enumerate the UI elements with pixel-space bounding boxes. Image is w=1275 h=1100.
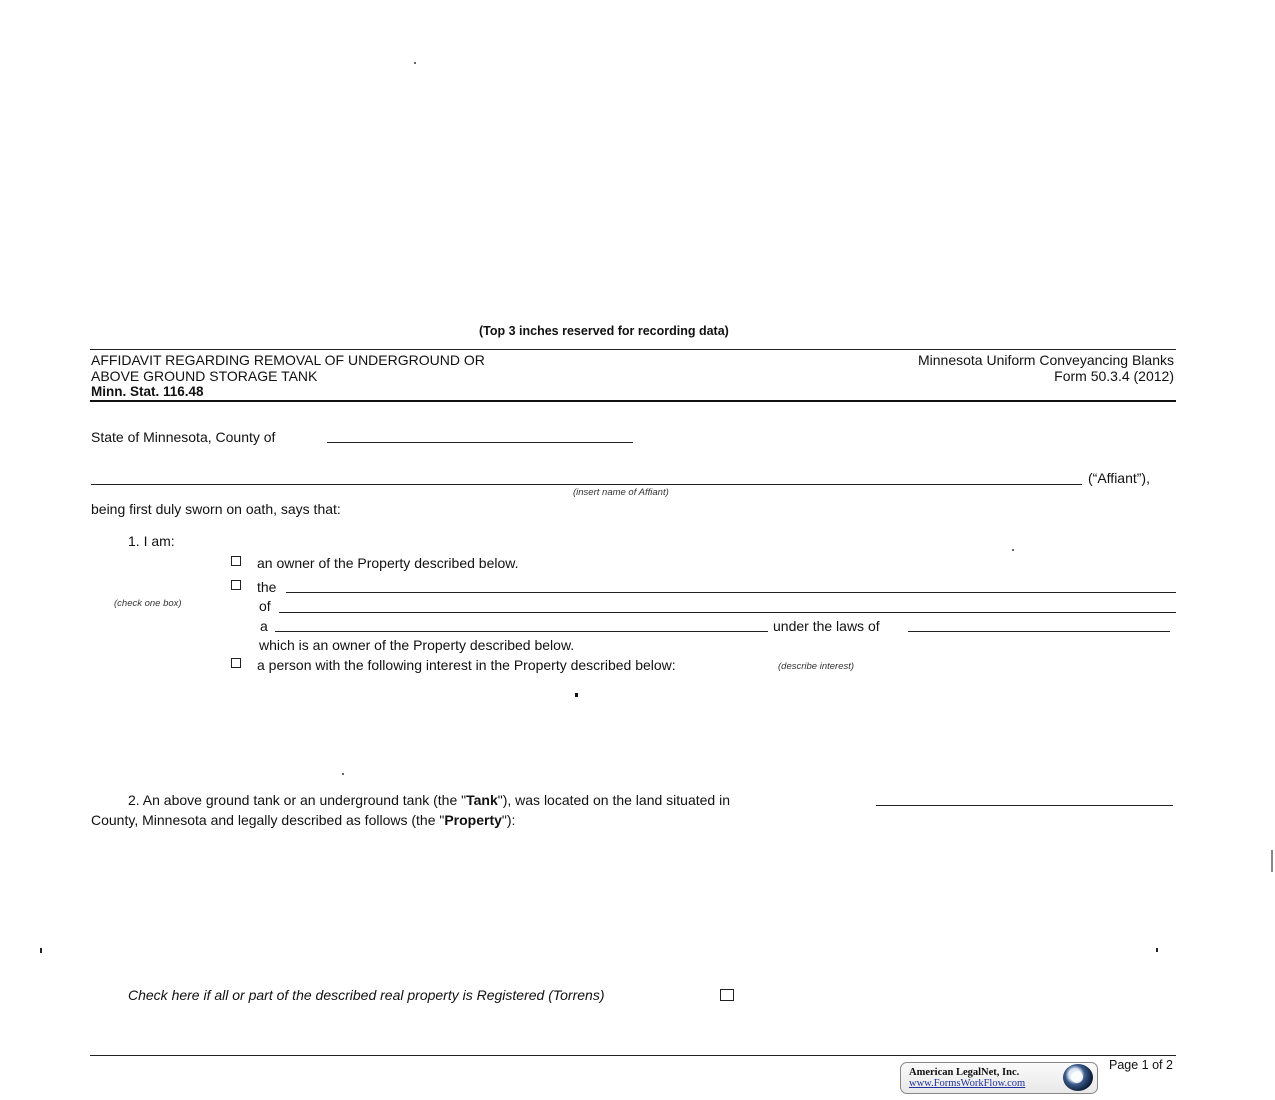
- scan-speck: [342, 773, 344, 775]
- form-number: Form 50.3.4 (2012): [1054, 369, 1174, 383]
- interest-description-area[interactable]: [257, 676, 1176, 766]
- option-owner-checkbox[interactable]: [231, 556, 241, 566]
- logo-url-link[interactable]: www.FormsWorkFlow.com: [909, 1078, 1025, 1089]
- form-series: Minnesota Uniform Conveyancing Blanks: [918, 353, 1174, 367]
- torrens-label: Check here if all or part of the describ…: [128, 988, 604, 1002]
- scan-edge: [1271, 850, 1273, 872]
- form-title-line-2: ABOVE GROUND STORAGE TANK: [91, 369, 317, 383]
- county-field[interactable]: [327, 442, 633, 443]
- entity-owner-trailer: which is an owner of the Property descri…: [259, 638, 574, 652]
- header-top-rule: [90, 349, 1176, 350]
- tank-county-field[interactable]: [876, 805, 1173, 806]
- entity-laws-label: under the laws of: [773, 619, 880, 633]
- option-interest-checkbox[interactable]: [231, 658, 241, 668]
- section-2-line-2: County, Minnesota and legally described …: [91, 813, 515, 827]
- statute-reference: Minn. Stat. 116.48: [91, 385, 204, 399]
- property-term: Property: [444, 812, 502, 828]
- option-owner-label: an owner of the Property described below…: [257, 556, 519, 570]
- legal-description-area[interactable]: [91, 835, 1176, 975]
- section-2-intro: 2. An above ground tank or an undergroun…: [128, 792, 466, 808]
- section-2-line-2-end: "):: [502, 812, 516, 828]
- option-entity-checkbox[interactable]: [231, 580, 241, 590]
- section-2-mid: "), was located on the land situated in: [498, 792, 730, 808]
- american-legalnet-logo: American LegalNet, Inc. www.FormsWorkFlo…: [900, 1062, 1098, 1094]
- section-2-line-2-start: County, Minnesota and legally described …: [91, 812, 444, 828]
- globe-icon: [1063, 1064, 1093, 1091]
- affiant-suffix: (“Affiant”),: [1088, 471, 1150, 485]
- entity-of-label: of: [259, 599, 271, 613]
- entity-title-field[interactable]: [286, 592, 1176, 593]
- check-one-box-hint: (check one box): [114, 598, 182, 609]
- option-interest-label: a person with the following interest in …: [257, 658, 676, 672]
- scan-speck: [1012, 549, 1014, 551]
- recording-area-note: (Top 3 inches reserved for recording dat…: [479, 325, 729, 338]
- logo-company-name: American LegalNet, Inc.: [909, 1067, 1019, 1078]
- affiant-name-hint: (insert name of Affiant): [573, 487, 669, 498]
- entity-a-label: a: [260, 619, 268, 633]
- tank-term: Tank: [466, 792, 498, 808]
- entity-type-field[interactable]: [275, 631, 768, 632]
- describe-interest-hint: (describe interest): [778, 661, 854, 672]
- section-2-line-1: 2. An above ground tank or an undergroun…: [128, 793, 730, 807]
- footer-rule: [90, 1055, 1176, 1056]
- option-entity-label: the: [257, 580, 276, 594]
- scan-speck: [1156, 948, 1158, 952]
- entity-of-field[interactable]: [279, 612, 1176, 613]
- oath-statement: being first duly sworn on oath, says tha…: [91, 502, 341, 516]
- venue-label: State of Minnesota, County of: [91, 430, 275, 444]
- entity-jurisdiction-field[interactable]: [908, 631, 1170, 632]
- torrens-checkbox[interactable]: [720, 989, 734, 1001]
- form-title-line-1: AFFIDAVIT REGARDING REMOVAL OF UNDERGROU…: [91, 353, 485, 367]
- scan-speck: [40, 948, 42, 953]
- header-bottom-rule: [90, 400, 1176, 402]
- scan-speck: [575, 693, 578, 697]
- section-1-heading: 1. I am:: [128, 534, 175, 548]
- page-number: Page 1 of 2: [1109, 1059, 1173, 1072]
- affiant-name-field[interactable]: [91, 484, 1082, 485]
- scan-speck: [414, 62, 416, 64]
